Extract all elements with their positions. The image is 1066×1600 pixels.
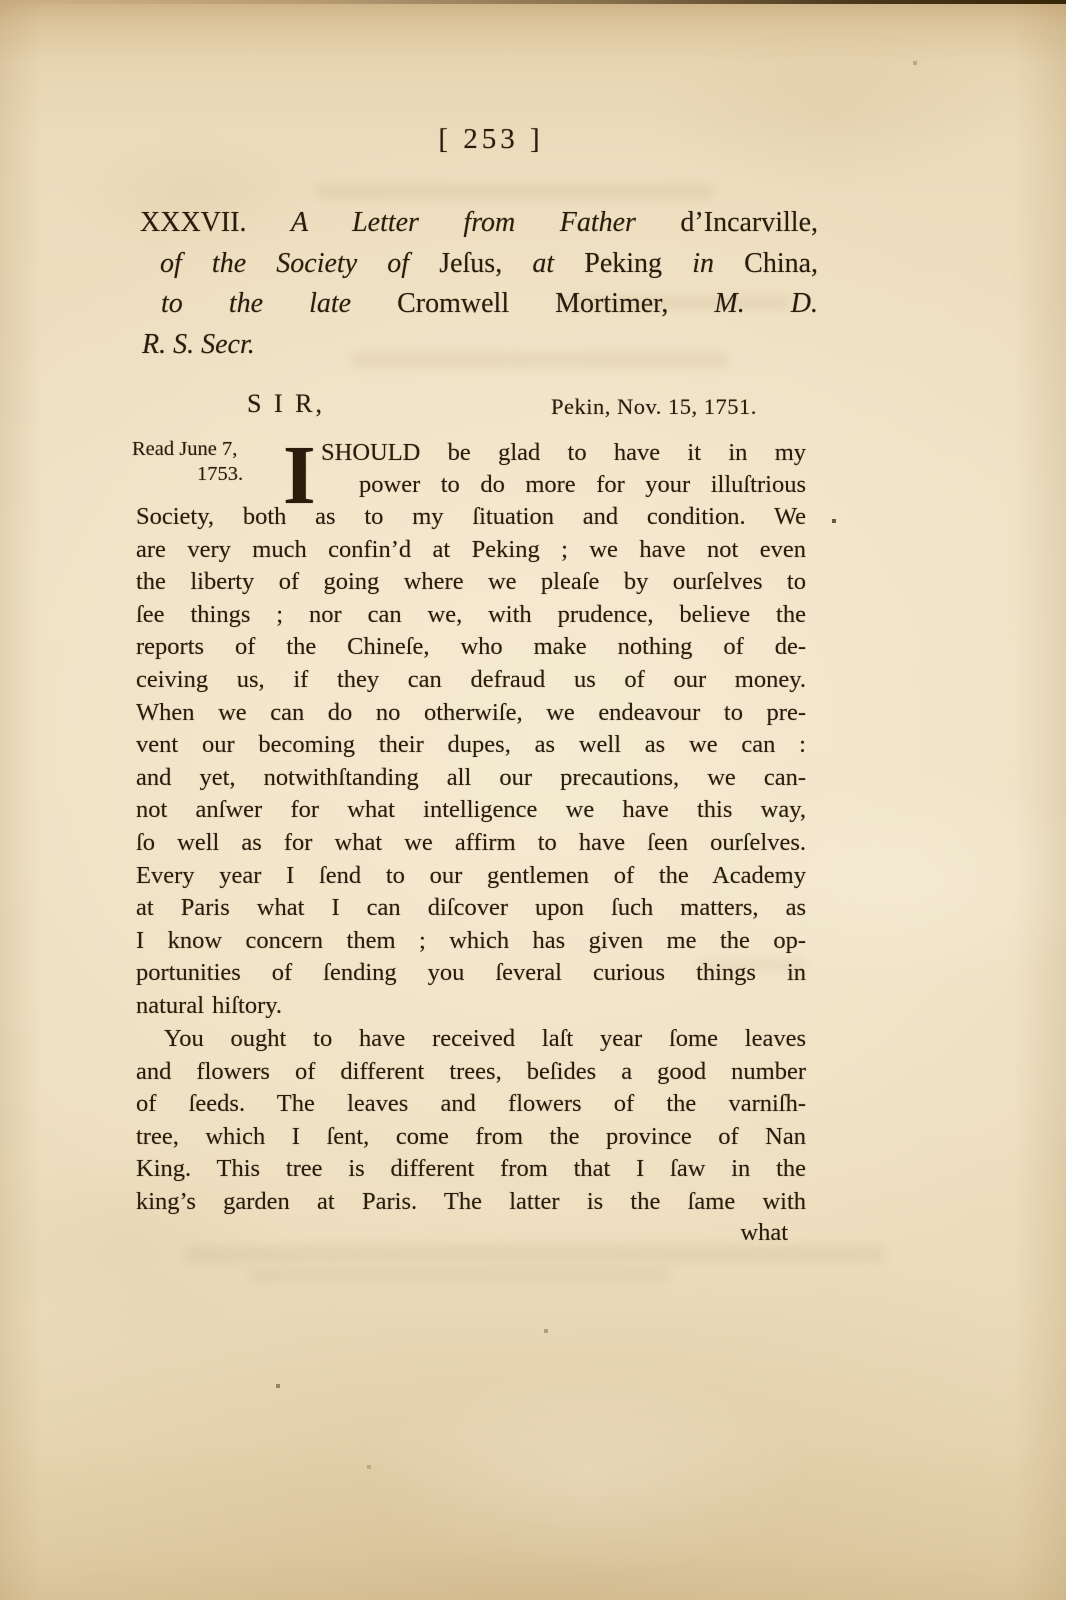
heading-line: R. S. Secr. <box>140 325 818 366</box>
dateline: Pekin, Nov. 15, 1751. <box>551 394 757 420</box>
body-text-line: at Paris what I can diſcover upon ſuch m… <box>136 892 806 925</box>
page-number: [ 253 ] <box>408 123 574 156</box>
body-text-line: king’s garden at Paris. The latter is th… <box>136 1186 806 1219</box>
body-text-line: and flowers of different trees, beſides … <box>136 1056 806 1089</box>
body-opening-line: power to do more for your illuſtrious <box>359 468 806 501</box>
heading-italic-segment: at <box>532 248 584 279</box>
show-through-smudge <box>185 1246 885 1262</box>
body-text-line: vent our becoming their dupes, as well a… <box>136 729 806 762</box>
body-text-line: ceiving us, if they can defraud us of ou… <box>136 664 806 697</box>
heading-italic-segment: M. D. <box>714 288 818 319</box>
scan-edge-artifact <box>0 0 1066 4</box>
heading-roman-segment: China, <box>744 248 818 279</box>
heading-roman-segment: Jeſus, <box>439 248 532 279</box>
heading-italic-segment: of the Society of <box>160 248 439 279</box>
heading-roman-segment: d’Incarville, <box>680 207 818 238</box>
show-through-smudge <box>250 1270 670 1281</box>
catchword: what <box>136 1219 788 1247</box>
heading-italic-segment: R. S. Secr. <box>142 329 255 360</box>
body-text-line: tree, which I ſent, come from the provin… <box>136 1121 806 1154</box>
paper-specks <box>0 0 2 2</box>
body-text-line: natural hiſtory. <box>136 990 806 1023</box>
body-text-line: ſee things ; nor can we, with prudence, … <box>136 599 806 632</box>
body-text-line: Society, both as to my ſituation and con… <box>136 501 806 534</box>
heading-italic-segment: A Letter from Father <box>291 207 680 238</box>
body-paragraph-1: Society, both as to my ſituation and con… <box>136 501 806 1023</box>
show-through-smudge <box>315 184 715 199</box>
body-text-line: reports of the Chineſe, who make nothing… <box>136 631 806 664</box>
margin-note-line: 1753. <box>132 462 308 487</box>
margin-note: Read June 7,1753. <box>132 437 308 487</box>
body-text-line: of ſeeds. The leaves and flowers of the … <box>136 1088 806 1121</box>
body-text-line: and yet, notwithſtanding all our precaut… <box>136 762 806 795</box>
heading-italic-segment: to the late <box>161 288 397 319</box>
heading-roman-segment: Peking <box>584 248 692 279</box>
heading-roman-segment: Cromwell Mortimer, <box>397 288 714 319</box>
body-text-line: King. This tree is different from that I… <box>136 1153 806 1186</box>
body-text-line: the liberty of going where we pleaſe by … <box>136 566 806 599</box>
body-text-line: You ought to have received laſt year ſom… <box>136 1023 806 1056</box>
body-text-line: Every year I ſend to our gentlemen of th… <box>136 860 806 893</box>
article-heading: XXXVII. A Letter from Father d’Incarvill… <box>140 203 818 365</box>
scanned-page: [ 253 ] XXXVII. A Letter from Father d’I… <box>0 0 1066 1600</box>
body-paragraph-2: You ought to have received laſt year ſom… <box>136 1023 806 1219</box>
body-text-line: When we can do no otherwiſe, we endeavou… <box>136 697 806 730</box>
body-text-line: I know concern them ; which has given me… <box>136 925 806 958</box>
heading-italic-segment: in <box>692 248 744 279</box>
body-text-line: ſo well as for what we affirm to have ſe… <box>136 827 806 860</box>
body-text-line: portunities of ſending you ſeveral curio… <box>136 957 806 990</box>
body-text-line: are very much confin’d at Peking ; we ha… <box>136 534 806 567</box>
salutation: S I R, <box>247 389 325 419</box>
heading-line: of the Society of Jeſus, at Peking in Ch… <box>140 244 818 285</box>
heading-line: XXXVII. A Letter from Father d’Incarvill… <box>140 203 818 244</box>
heading-line: to the late Cromwell Mortimer, M. D. <box>140 284 818 325</box>
body-text-line: not anſwer for what intelligence we have… <box>136 794 806 827</box>
heading-roman-segment: XXXVII. <box>140 207 291 238</box>
margin-note-line: Read June 7, <box>132 437 308 462</box>
body-opening-line: SHOULD be glad to have it in my <box>321 436 806 469</box>
